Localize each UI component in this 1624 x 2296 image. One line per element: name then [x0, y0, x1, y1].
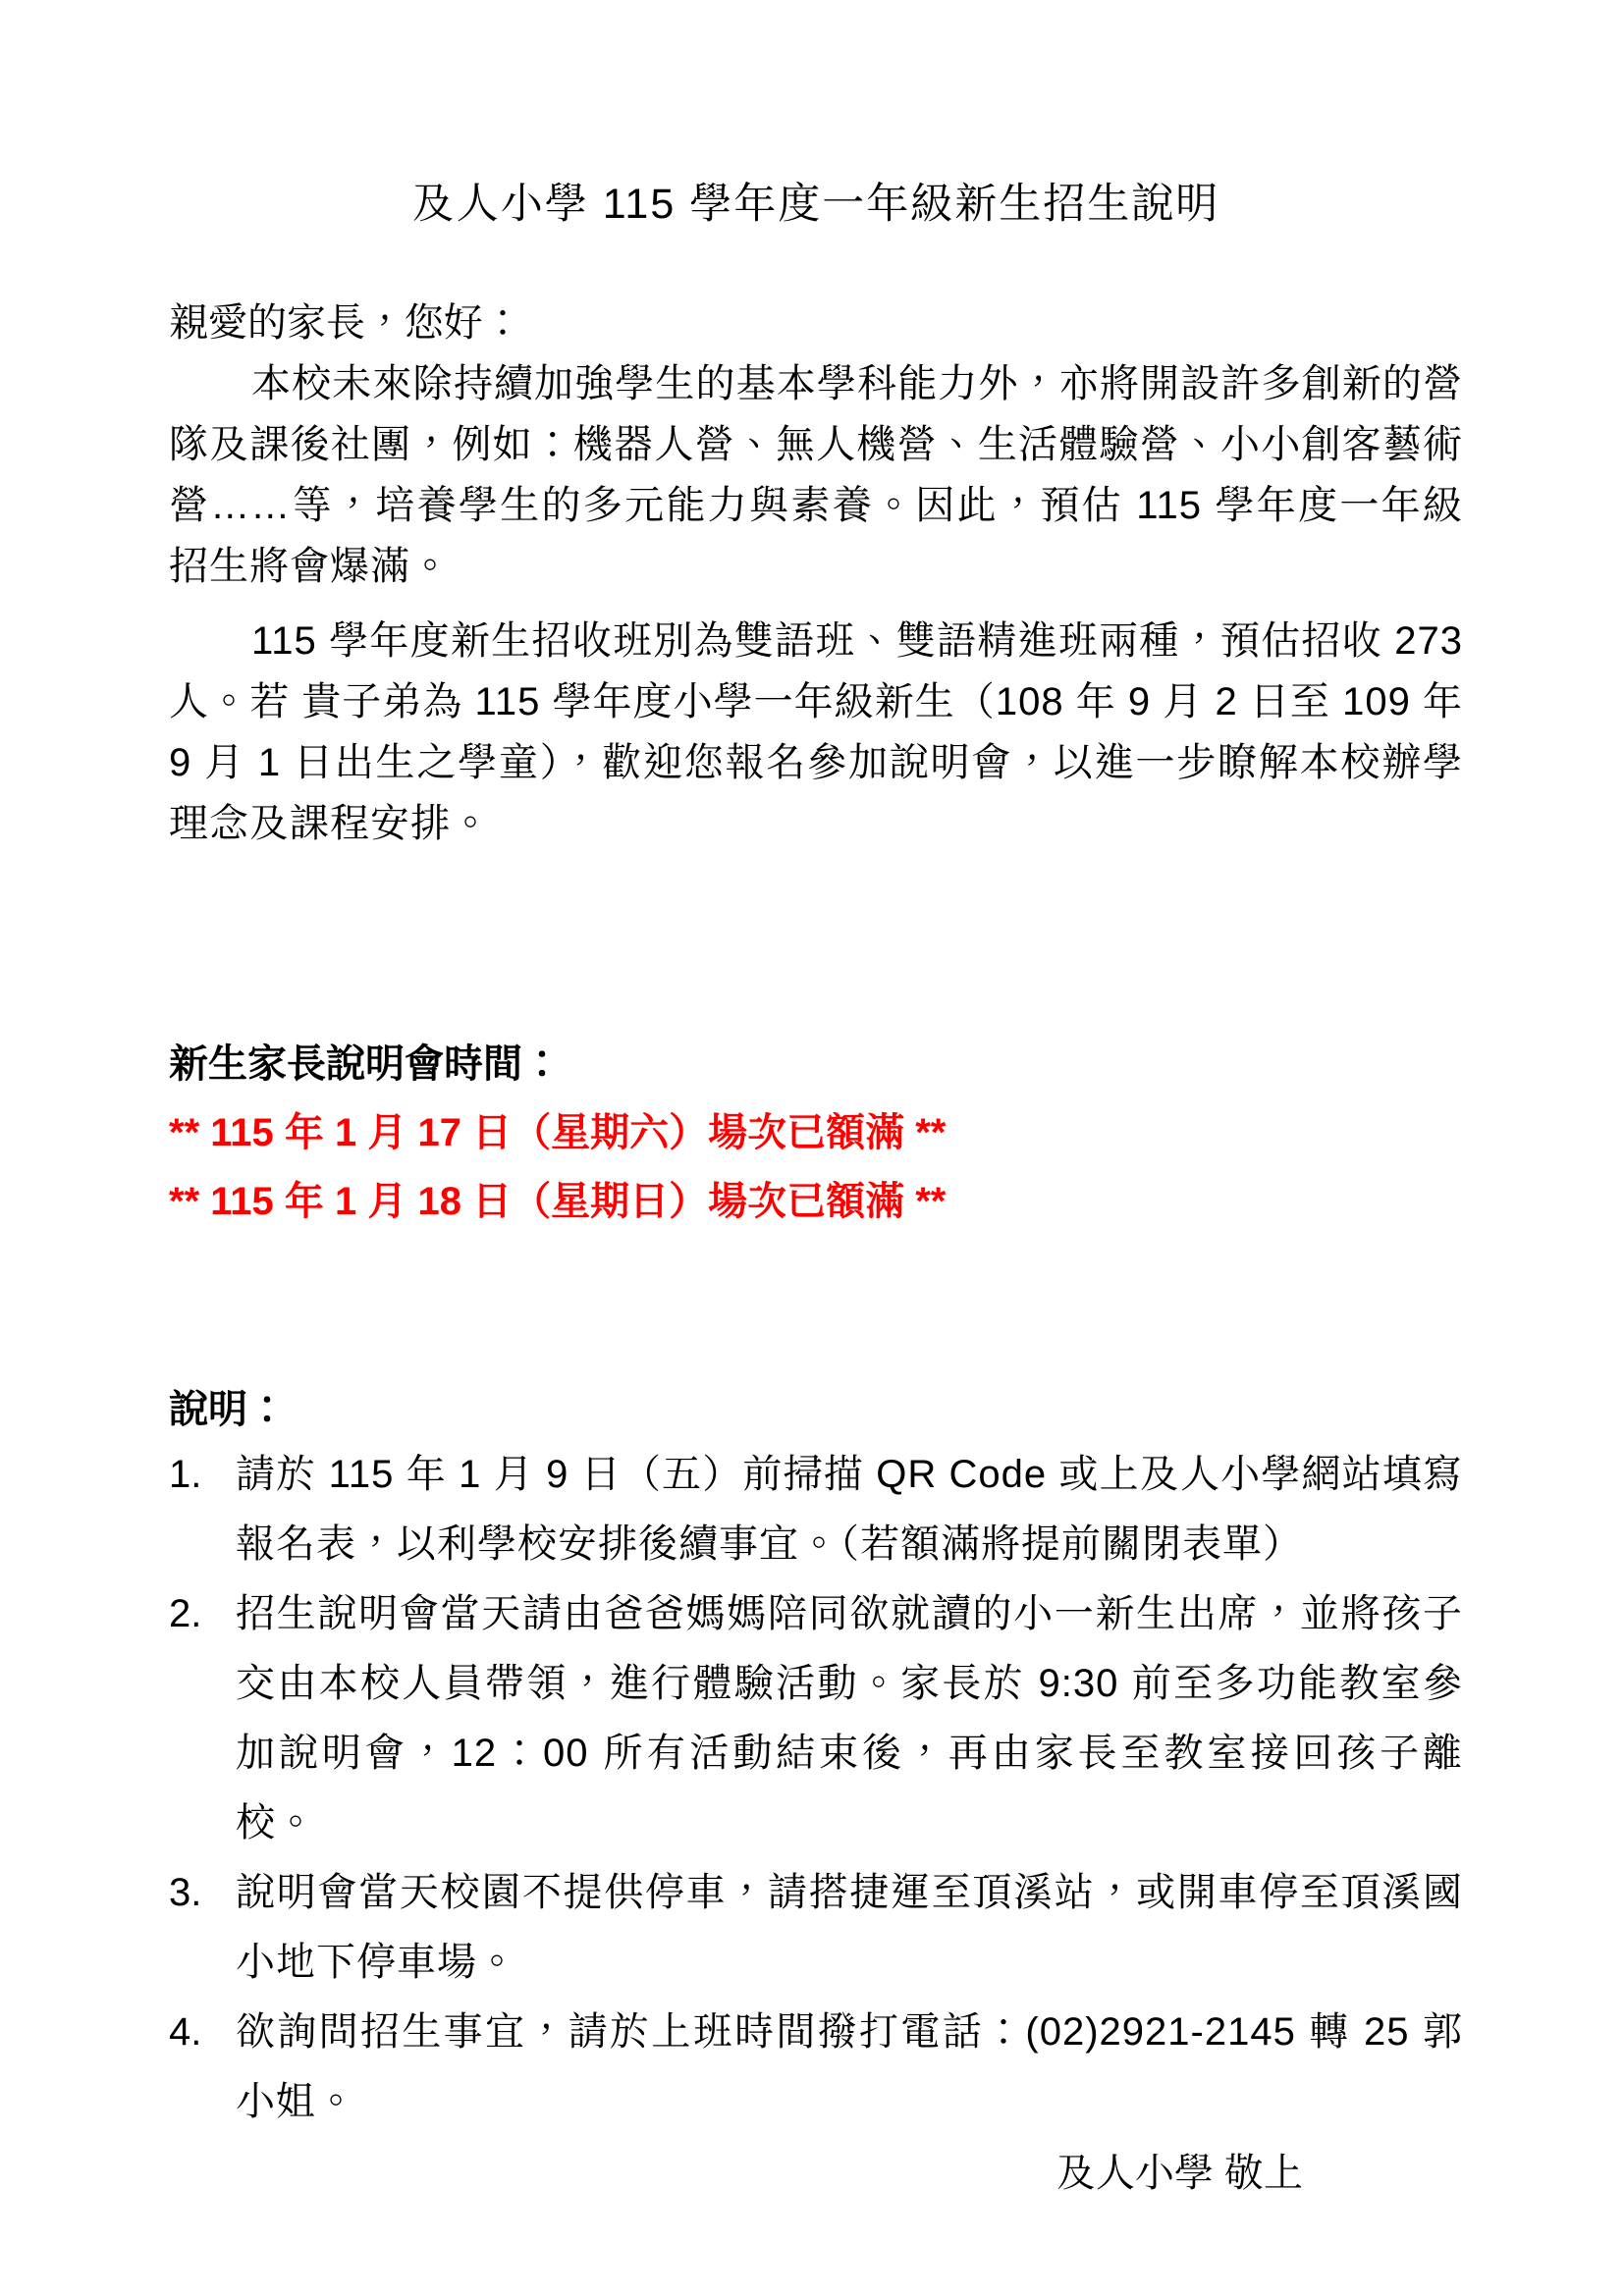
- note-number: 2.: [169, 1579, 236, 1649]
- note-number: 3.: [169, 1858, 236, 1928]
- note-text: 招生說明會當天請由爸爸媽媽陪同欲就讀的小一新生出席，並將孩子交由本校人員帶領，進…: [236, 1579, 1463, 1858]
- session-full-notice-sat: ** 115 年 1 月 17 日（星期六）場次已額滿 **: [169, 1102, 1463, 1163]
- session-full-notice-sun: ** 115 年 1 月 18 日（星期日）場次已額滿 **: [169, 1171, 1463, 1232]
- note-item-registration: 1. 請於 115 年 1 月 9 日（五）前掃描 QR Code 或上及人小學…: [169, 1440, 1463, 1579]
- note-text: 欲詢問招生事宜，請於上班時間撥打電話：(02)2921-2145 轉 25 郭小…: [236, 1998, 1463, 2137]
- signature-line: 及人小學 敬上: [169, 2143, 1463, 2204]
- page-title: 及人小學 115 學年度一年級新生招生說明: [169, 179, 1463, 230]
- note-item-contact: 4. 欲詢問招生事宜，請於上班時間撥打電話：(02)2921-2145 轉 25…: [169, 1998, 1463, 2137]
- notes-heading: 說明：: [169, 1379, 1463, 1440]
- document-content: 及人小學 115 學年度一年級新生招生說明 親愛的家長，您好： 本校未來除持續加…: [0, 0, 1624, 2204]
- salutation-line: 親愛的家長，您好：: [169, 293, 1463, 353]
- note-number: 4.: [169, 1998, 236, 2067]
- note-item-attendance: 2. 招生說明會當天請由爸爸媽媽陪同欲就讀的小一新生出席，並將孩子交由本校人員帶…: [169, 1579, 1463, 1858]
- note-item-parking: 3. 說明會當天校園不提供停車，請搭捷運至頂溪站，或開車停至頂溪國小地下停車場。: [169, 1858, 1463, 1998]
- notes-list: 1. 請於 115 年 1 月 9 日（五）前掃描 QR Code 或上及人小學…: [169, 1440, 1463, 2137]
- note-text: 請於 115 年 1 月 9 日（五）前掃描 QR Code 或上及人小學網站填…: [236, 1440, 1463, 1579]
- paragraph-admission-info: 115 學年度新生招收班別為雙語班、雙語精進班兩種，預估招收 273 人。若 貴…: [169, 611, 1463, 854]
- note-number: 1.: [169, 1440, 236, 1510]
- paragraph-school-intro: 本校未來除持續加強學生的基本學科能力外，亦將開設許多創新的營隊及課後社團，例如：…: [169, 353, 1463, 597]
- note-text: 說明會當天校園不提供停車，請搭捷運至頂溪站，或開車停至頂溪國小地下停車場。: [236, 1858, 1463, 1998]
- session-time-heading: 新生家長說明會時間：: [169, 1034, 1463, 1095]
- document-page: 及人小學 115 學年度一年級新生招生說明 親愛的家長，您好： 本校未來除持續加…: [0, 0, 1624, 2296]
